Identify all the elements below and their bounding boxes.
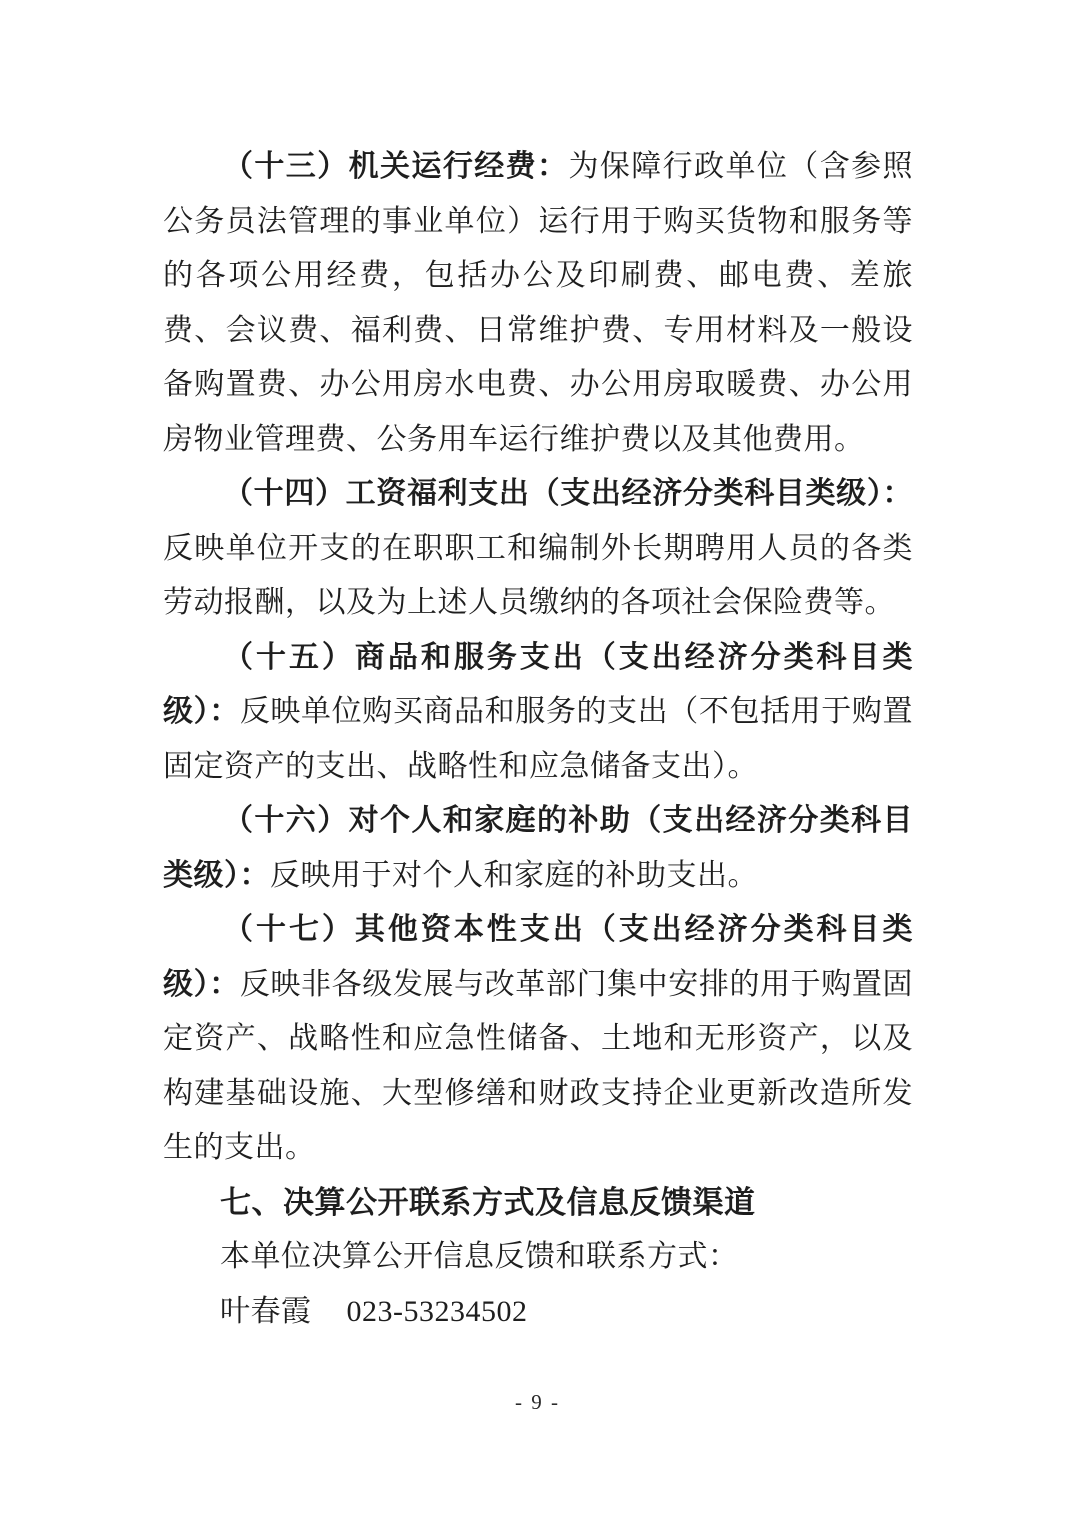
contact-line: 叶春霞023-53234502 (163, 1285, 913, 1340)
body-paragraph-13: （十三）机关运行经费：为保障行政单位（含参照公务员法管理的事业单位）运行用于购买… (163, 140, 913, 467)
paragraph-16-body: 反映用于对个人和家庭的补助支出。 (270, 859, 758, 892)
section-heading: 七、决算公开联系方式及信息反馈渠道 (163, 1176, 913, 1231)
body-paragraph-15: （十五）商品和服务支出（支出经济分类科目类级）：反映单位购买商品和服务的支出（不… (163, 631, 913, 795)
paragraph-13-body: 为保障行政单位（含参照公务员法管理的事业单位）运行用于购买货物和服务等的各项公用… (163, 150, 913, 456)
page-number: - 9 - (0, 1390, 1075, 1415)
contact-phone: 023-53234502 (347, 1295, 528, 1328)
contact-name: 叶春霞 (220, 1295, 312, 1328)
document-page: （十三）机关运行经费：为保障行政单位（含参照公务员法管理的事业单位）运行用于购买… (0, 0, 1075, 1520)
body-paragraph-16: （十六）对个人和家庭的补助（支出经济分类科目类级）：反映用于对个人和家庭的补助支… (163, 794, 913, 903)
document-content: （十三）机关运行经费：为保障行政单位（含参照公务员法管理的事业单位）运行用于购买… (163, 140, 913, 1339)
paragraph-14-lead: （十四）工资福利支出（支出经济分类科目类级）： (223, 477, 913, 510)
contact-intro: 本单位决算公开信息反馈和联系方式： (163, 1230, 913, 1285)
paragraph-15-body: 反映单位购买商品和服务的支出（不包括用于购置固定资产的支出、战略性和应急储备支出… (163, 695, 913, 783)
paragraph-17-body: 反映非各级发展与改革部门集中安排的用于购置固定资产、战略性和应急性储备、土地和无… (163, 968, 913, 1165)
paragraph-13-lead: （十三）机关运行经费： (223, 150, 568, 183)
paragraph-14-body: 反映单位开支的在职职工和编制外长期聘用人员的各类劳动报酬，以及为上述人员缴纳的各… (163, 532, 913, 620)
body-paragraph-14: （十四）工资福利支出（支出经济分类科目类级）：反映单位开支的在职职工和编制外长期… (163, 467, 913, 631)
body-paragraph-17: （十七）其他资本性支出（支出经济分类科目类级）：反映非各级发展与改革部门集中安排… (163, 903, 913, 1176)
